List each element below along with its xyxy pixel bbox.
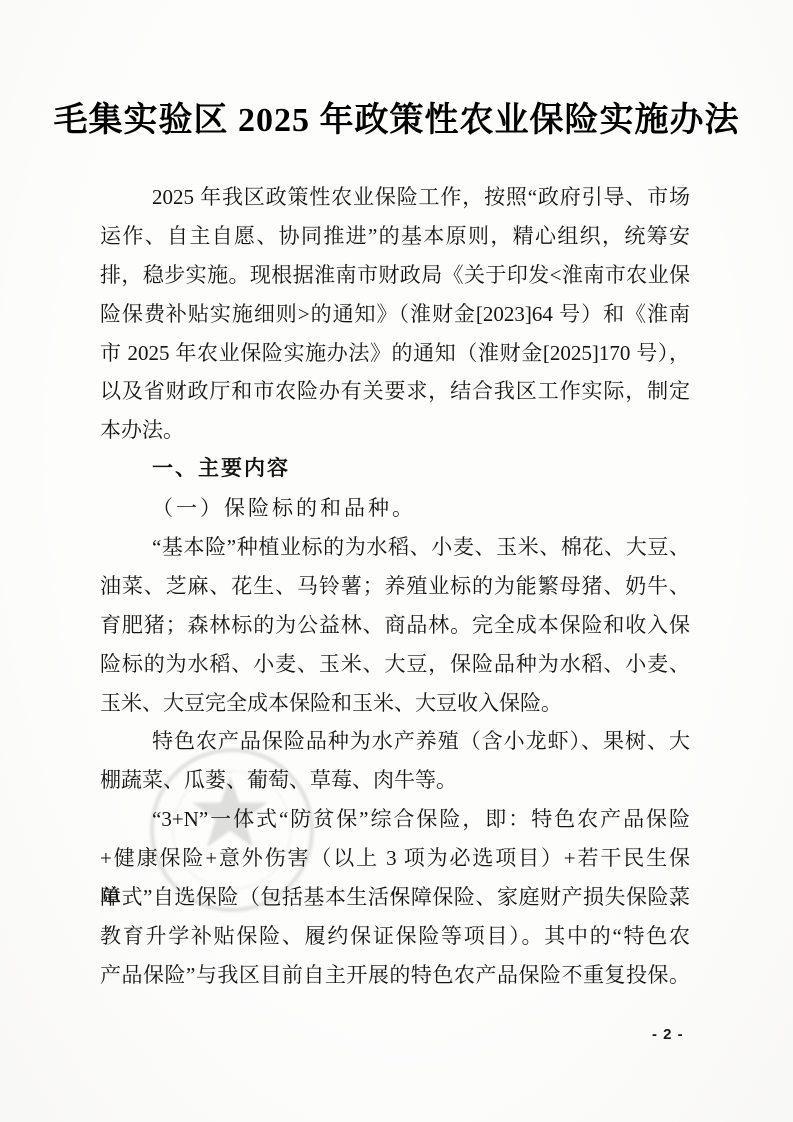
doc-line: 2025 年我区政策性农业保险工作，按照“政府引导、市场 <box>100 178 690 217</box>
doc-line: “基本险”种植业标的为水稻、小麦、玉米、棉花、大豆、 <box>100 528 690 567</box>
doc-line: 险保费补贴实施细则>的通知》（淮财金[2023]64 号）和《淮南 <box>100 295 690 334</box>
page-title: 毛集实验区 2025 年政策性农业保险实施办法 <box>0 92 793 141</box>
doc-line: 险标的为水稻、小麦、玉米、大豆，保险品种为水稻、小麦、 <box>100 645 690 684</box>
doc-line: 棚蔬菜、瓜蒌、葡萄、草莓、肉牛等。 <box>100 761 690 800</box>
doc-line: 教育升学补贴保险、履约保证保险等项目）。其中的“特色农 <box>100 917 690 956</box>
document-page: 毛集实验区 2025 年政策性农业保险实施办法 2025 年我区政策性农业保险工… <box>0 0 793 1122</box>
doc-line: 运作、自主自愿、协同推进”的基本原则，精心组织，统筹安 <box>100 217 690 256</box>
doc-line: 产品保险”与我区目前自主开展的特色农产品保险不重复投保。 <box>100 956 690 995</box>
section-heading: 一、主要内容 <box>100 450 690 489</box>
doc-line: “3+N”一体式“防贫保”综合保险，即：特色农产品保险 <box>100 800 690 839</box>
doc-line: 市 2025 年农业保险实施办法》的通知（淮财金[2025]170 号）， <box>100 334 690 373</box>
doc-line: 育肥猪；森林标的为公益林、商品林。完全成本保险和收入保 <box>100 606 690 645</box>
doc-line: 油菜、芝麻、花生、马铃薯；养殖业标的为能繁母猪、奶牛、 <box>100 567 690 606</box>
doc-line: 特色农产品保险品种为水产养殖（含小龙虾）、果树、大 <box>100 722 690 761</box>
doc-line: 本办法。 <box>100 411 690 450</box>
page-number: - 2 - <box>652 1026 684 1043</box>
document-body: 2025 年我区政策性农业保险工作，按照“政府引导、市场 运作、自主自愿、协同推… <box>100 178 690 995</box>
doc-line: 以及省财政厅和市农险办有关要求，结合我区工作实际，制定 <box>100 372 690 411</box>
doc-line: 玉米、大豆完全成本保险和玉米、大豆收入保险。 <box>100 684 690 723</box>
doc-line: 排，稳步实施。现根据淮南市财政局《关于印发<淮南市农业保 <box>100 256 690 295</box>
sub-heading: （一）保险标的和品种。 <box>100 489 690 528</box>
doc-line: 单式”自选保险（包括基本生活保障保险、家庭财产损失保险、 <box>100 878 690 917</box>
doc-line: +健康保险+意外伤害（以上 3 项为必选项目）+若干民生保障“菜 <box>100 839 690 878</box>
